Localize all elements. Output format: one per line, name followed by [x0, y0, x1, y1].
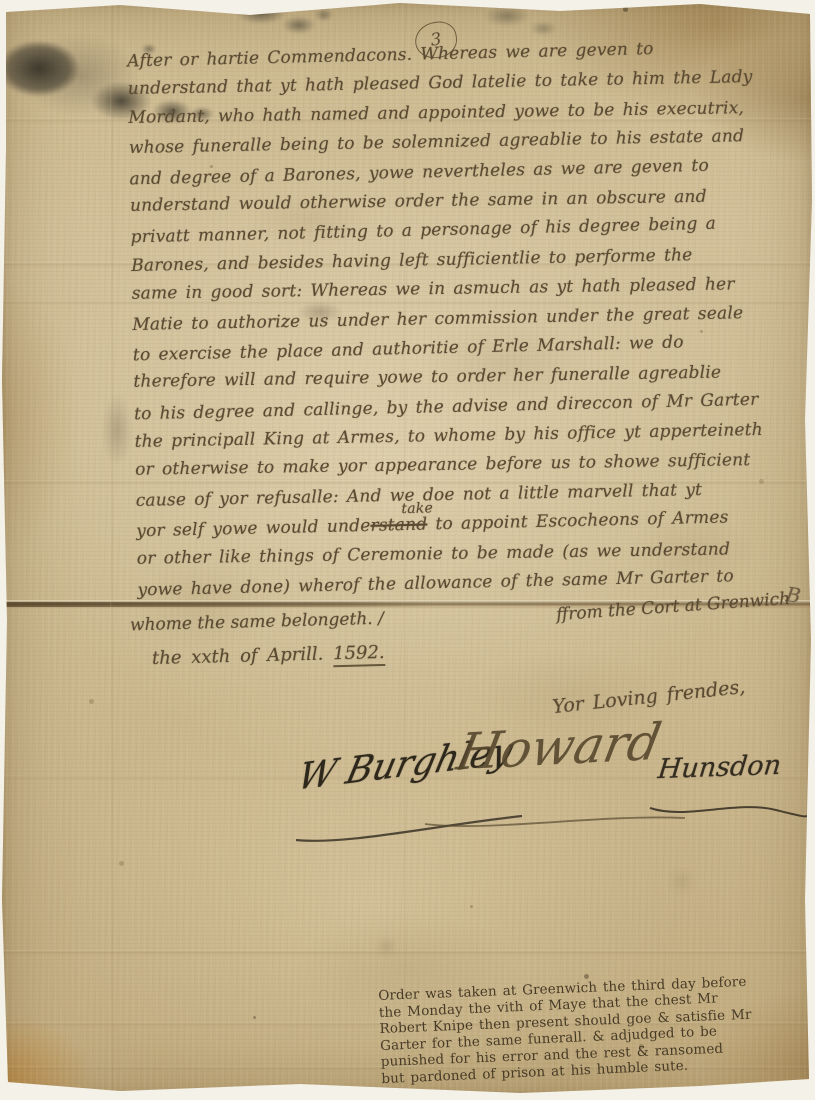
correction-post: to appoint Escocheons of Armes: [427, 508, 729, 535]
fold-crease-vertical: [110, 0, 114, 1100]
signature-howard: Howard: [452, 712, 665, 781]
correction-pre: yor self yowe would unde: [136, 516, 371, 542]
signature-hunsdon-flourish: [646, 796, 814, 824]
fold-crease: [0, 950, 815, 956]
correction-struck-text: rstand: [370, 515, 427, 536]
manuscript-page: 3 After or hartie Commendacons. Whereas …: [0, 0, 815, 1100]
correction-inserted-word: take: [401, 502, 433, 517]
ink-smudge-top-center: [212, 0, 352, 46]
signature-howard-flourish: [420, 804, 690, 834]
letter-closing-line: whome the same belongeth. /: [130, 609, 384, 636]
foxing-speckles: [0, 0, 3, 3]
correction-struck-wrap: rstandtake: [370, 515, 427, 536]
closing-salutation: Yor Loving frendes,: [551, 676, 746, 718]
postscript-note: Order was taken at Greenwich the third d…: [378, 971, 815, 1086]
manuscript-photo: 3 After or hartie Commendacons. Whereas …: [0, 0, 815, 1100]
date-line: the xxth of Aprill. 1592.: [152, 642, 385, 669]
letter-body: After or hartie Commendacons. Whereas we…: [127, 33, 800, 604]
signature-hunsdon: Hunsdon: [656, 750, 782, 785]
date-year: 1592.: [333, 642, 385, 667]
marginal-flourish: B: [784, 582, 802, 608]
signature-burghley-flourish: [292, 812, 527, 846]
date-text: the xxth of Aprill.: [152, 643, 334, 669]
